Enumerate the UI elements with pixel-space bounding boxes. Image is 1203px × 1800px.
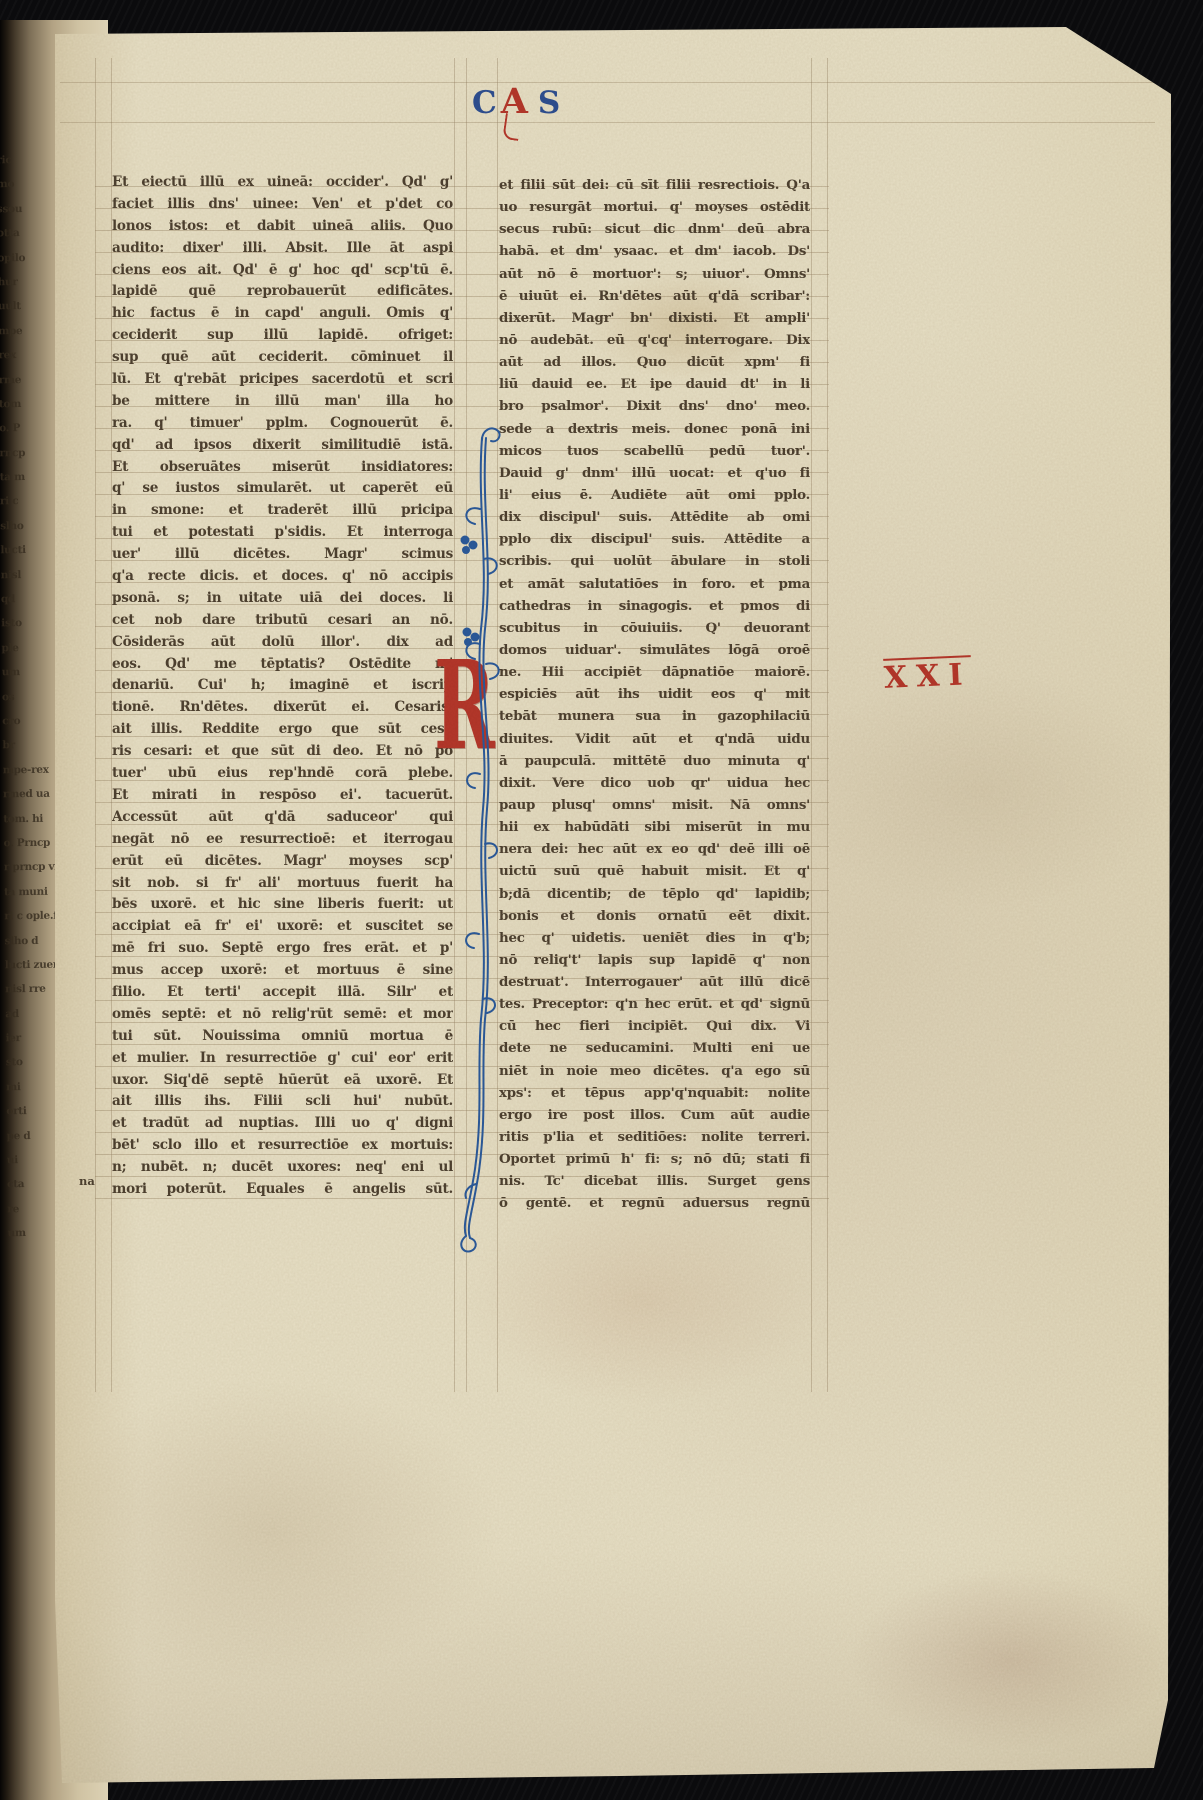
text-line: omēs septē: et nō relig'rūt semē: et mor [112, 1004, 453, 1026]
text-line: ne. Hii accipiēt dāpnatiōe maiorē. [499, 661, 810, 683]
edge-text-fragment: br [2, 733, 54, 758]
text-column-right: et filii sūt dei: cū sīt filii resrectio… [499, 174, 810, 1215]
edge-text-fragment: sto [6, 1050, 58, 1075]
text-line: dixerūt. Magr' bn' dixisti. Et ampli' [499, 307, 810, 329]
text-line: ceciderit sup illū lapidē. ofriget: [112, 325, 453, 347]
text-line: mori poterūt. Equales ē angelis sūt. [112, 1179, 453, 1201]
edge-text-fragment: slho d [4, 928, 56, 953]
text-line: faciet illis dns' uinee: Ven' et p'det c… [112, 194, 453, 216]
edge-text-fragment: mo [0, 172, 49, 197]
edge-text-fragment: um [2, 660, 54, 685]
running-title: CAS [472, 84, 560, 130]
ruling-vertical-line [827, 58, 828, 1392]
text-line: ē uiuūt ei. Rn'dētes aūt q'dā scribar': [499, 285, 810, 307]
text-line: et filii sūt dei: cū sīt filii resrectio… [499, 174, 810, 196]
edge-text-fragment: ri c ople.fi [4, 904, 56, 929]
edge-text-fragment: re [7, 1196, 59, 1221]
text-line: bēs uxorē. et hic sine liberis fuerit: u… [112, 894, 453, 916]
text-line: ris cesari: et que sūt di deo. Et nō po [112, 741, 453, 763]
text-line: nō audebāt. eū q'cq' interrogare. Dix [499, 329, 810, 351]
text-line: sup quē aūt ceciderit. cōminuet il [112, 347, 453, 369]
text-line: eos. Qd' me tēptatis? Ostēdite m' [112, 654, 453, 676]
edge-text-fragment: rme [0, 367, 51, 392]
text-line: ā paupculā. mittētē duo minuta q' [499, 750, 810, 772]
edge-text-fragment: nisl rre [5, 977, 57, 1002]
edge-text-fragment: cta [7, 1172, 59, 1197]
ruling-vertical-line [811, 58, 812, 1392]
text-line: niēt in noie meo dicētes. q'a ego sū [499, 1060, 810, 1082]
chapter-numeral-marginal: XXI [883, 658, 972, 696]
text-line: espiciēs aūt ihs uidit eos q' mit [499, 683, 810, 705]
ruling-header-line [60, 122, 1155, 123]
edge-text-fragment: qd [1, 587, 53, 612]
text-line: scribis. qui uolūt ābulare in stoli [499, 550, 810, 572]
text-line: b;dā dicentib; de tēplo qd' lapidib; [499, 883, 810, 905]
ruling-vertical-line [497, 58, 498, 1392]
edge-text-fragment: o. P [0, 416, 51, 441]
chapter-initial-R: R [434, 658, 495, 752]
text-line: cū hec fieri incipiēt. Qui dix. Vi [499, 1015, 810, 1037]
text-line: bro psalmor'. Dixit dns' dno' meo. [499, 395, 810, 417]
running-title-letter-blue: S [538, 85, 560, 121]
text-line: cathedras in sinagogis. et pmos di [499, 595, 810, 617]
text-line: hii ex habūdāti sibi miserūt in mu [499, 816, 810, 838]
ruling-vertical-line [95, 58, 96, 1392]
text-line: mus accep uxorē: et mortuus ē sine [112, 960, 453, 982]
text-line: li' eius ē. Audiēte aūt omi pplo. [499, 484, 810, 506]
text-line: pplo dix discipul' suis. Attēdite a [499, 528, 810, 550]
edge-text-fragment: ad [5, 1001, 57, 1026]
text-line: tui et potestati p'sidis. Et interroga [112, 522, 453, 544]
text-line: uxor. Siq'dē septē hūerūt eā uxorē. Et [112, 1070, 453, 1092]
text-line: dete ne seducamini. Multi eni ue [499, 1037, 810, 1059]
text-line: destruat'. Interrogauer' aūt illū dicē [499, 971, 810, 993]
edge-text-fragment: tom. hi [3, 806, 55, 831]
text-line: domos uiduar'. simulātes lōgā oroē [499, 639, 810, 661]
text-line: n; nubēt. n; ducēt uxores: neq' eni ul [112, 1157, 453, 1179]
text-line: Et eiectū illū ex uineā: occider'. Qd' g… [112, 172, 453, 194]
edge-text-fragment: rmed ua [3, 782, 55, 807]
text-line: ō gentē. et regnū aduersus regnū [499, 1192, 810, 1214]
text-line: mē fri suo. Septē ergo fres erāt. et p' [112, 938, 453, 960]
edge-text-fragment: isto [1, 611, 53, 636]
text-line: accipiat eā fr' ei' uxorē: et suscitet s… [112, 916, 453, 938]
text-line: nis. Tc' dicebat illis. Surget gens [499, 1170, 810, 1192]
text-line: lapidē quē reprobauerūt edificātes. [112, 281, 453, 303]
edge-text-fragment: ssou [0, 197, 49, 222]
text-line: habā. et dm' ysaac. et dm' iacob. Ds' [499, 240, 810, 262]
text-line: cet nob dare tributū cesari an nō. [112, 610, 453, 632]
text-line: uictū suū quē habuit misit. Et q' [499, 860, 810, 882]
edge-text-fragment: ta muni [4, 879, 56, 904]
text-line: xps': et tēpus app'q'nquabit: nolite [499, 1082, 810, 1104]
text-line: et tradūt ad nuptias. Illi uo q' digni [112, 1113, 453, 1135]
edge-text-fragment: lucti [0, 538, 52, 563]
text-line: diuites. Vidit aūt et q'ndā uidu [499, 728, 810, 750]
text-line: in smone: et traderēt illū pricipa [112, 500, 453, 522]
text-line: tes. Preceptor: q'n hec erūt. et qd' sig… [499, 993, 810, 1015]
text-line: dixit. Vere dico uob qr' uidua hec [499, 772, 810, 794]
edge-text-fragment: rncp [0, 440, 52, 465]
text-line: audito: dixer' illi. Absit. Ille āt aspi [112, 238, 453, 260]
edge-text-fragment: orti [6, 1099, 58, 1124]
edge-text-fragment: pe d [6, 1123, 58, 1148]
text-line: ait illis ihs. Filii scli hui' nubūt. [112, 1091, 453, 1113]
text-line: filio. Et terti' accepit illā. Silr' et [112, 982, 453, 1004]
edge-text-fragment: ric [0, 148, 49, 173]
text-line: tuer' ubū eius rep'hndē corā plebe. [112, 763, 453, 785]
text-line: tui sūt. Nouissima omniū mortua ē [112, 1026, 453, 1048]
edge-text-fragment: ui [7, 1148, 59, 1173]
edge-text-fragment: lucti zuera [5, 953, 57, 978]
text-line: Et obseruātes miserūt insidiatores: [112, 457, 453, 479]
text-line: secus rubū: sicut dic dnm' deū abra [499, 218, 810, 240]
edge-text-fragment: r prncp vi [4, 855, 56, 880]
text-line: liū dauid ee. Et ipe dauid dt' in li [499, 373, 810, 395]
edge-text-fragment: hur [0, 270, 50, 295]
text-line: erūt eū dicētes. Magr' moyses scp' [112, 851, 453, 873]
edge-text-fragment: os [2, 684, 54, 709]
edge-text-fragments: ricmossouottaopilohuruultmperexrmetomo. … [0, 148, 60, 1246]
text-line: scubitus in cōuiuiis. Q' deuorant [499, 617, 810, 639]
edge-text-fragment: slho [0, 514, 52, 539]
text-line: negāt nō ee resurrectioē: et iterrogau [112, 829, 453, 851]
text-line: Cōsiderās aūt dolū illor'. dix ad [112, 632, 453, 654]
text-line: sit nob. si fr' ali' mortuus fuerit ha [112, 873, 453, 895]
text-line: be mittere in illū man' illa ho [112, 391, 453, 413]
running-title-letter-blue: C [471, 85, 497, 122]
text-line: ait illis. Reddite ergo que sūt cesa [112, 719, 453, 741]
text-line: q' se iustos simularēt. ut caperēt eū [112, 478, 453, 500]
text-line: ritis p'lia et seditiōes: nolite terreri… [499, 1126, 810, 1148]
text-line: bonis et donis ornatū eēt dixit. [499, 905, 810, 927]
text-line: et mulier. In resurrectiōe g' cui' eor' … [112, 1048, 453, 1070]
edge-text-fragment: otta [0, 221, 49, 246]
text-line: bēt' sclo illo et resurrectiōe ex mortui… [112, 1135, 453, 1157]
text-line: tebāt munera sua in gazophilaciū [499, 705, 810, 727]
text-line: psonā. s; in uitate uiā dei doces. li [112, 588, 453, 610]
text-line: Dauid g' dnm' illū uocat: et q'uo fi [499, 462, 810, 484]
text-line: lonos istos: et dabit uineā aliis. Quo [112, 216, 453, 238]
edge-text-fragment: mpe [0, 318, 50, 343]
edge-text-fragment: ier [5, 1026, 57, 1051]
edge-text-fragment: um [7, 1221, 59, 1246]
edge-text-fragment: ri c [0, 489, 52, 514]
text-line: ergo ire post illos. Cum aūt audie [499, 1104, 810, 1126]
text-line: uer' illū dicētes. Magr' scimus [112, 544, 453, 566]
text-line: ra. q' timuer' pplm. Cognouerūt ē. [112, 413, 453, 435]
edge-text-fragment: o. Prncp [3, 831, 55, 856]
text-line: micos tuos scabellū pedū tuor'. [499, 440, 810, 462]
text-line: lū. Et q'rebāt pricipes sacerdotū et scr… [112, 369, 453, 391]
edge-text-fragment: cro [2, 709, 54, 734]
text-line: tionē. Rn'dētes. dixerūt ei. Cesaris. [112, 697, 453, 719]
parchment-page: CAS 87 Et eiectū illū ex uineā: occider'… [0, 0, 1203, 1800]
text-column-left: Et eiectū illū ex uineā: occider'. Qd' g… [112, 172, 453, 1201]
edge-text-fragment: nisl [1, 562, 53, 587]
edge-text-fragment: ple [1, 636, 53, 661]
text-line: Accessūt aūt q'dā saduceor' qui [112, 807, 453, 829]
text-line: sede a dextris meis. donec ponā ini [499, 418, 810, 440]
marginal-correction-note: na [79, 1174, 95, 1188]
text-line: et amāt salutatiōes in foro. et pma [499, 573, 810, 595]
edge-text-fragment: uult [0, 294, 50, 319]
edge-text-fragment: opilo [0, 245, 50, 270]
text-line: aūt ad illos. Quo dicūt xpm' fi [499, 351, 810, 373]
running-title-red-tail [502, 113, 521, 141]
edge-text-fragment: ta m [0, 465, 52, 490]
ruling-header-line [60, 82, 1155, 83]
text-line: Et mirati in respōso ei'. tacuerūt. [112, 785, 453, 807]
text-line: uo resurgāt mortui. q' moyses ostēdit [499, 196, 810, 218]
edge-text-fragment: mi [6, 1075, 58, 1100]
text-line: denariū. Cui' h; imaginē et iscrip [112, 675, 453, 697]
text-line: hec q' uidetis. ueniēt dies in q'b; [499, 927, 810, 949]
edge-text-fragment: tom [0, 392, 51, 417]
text-line: nera dei: hec aūt ex eo qd' deē illi oē [499, 838, 810, 860]
text-line: q'a recte dicis. et doces. q' nō accipis [112, 566, 453, 588]
text-line: dix discipul' suis. Attēdite ab omi [499, 506, 810, 528]
text-line: ciens eos ait. Qd' ē g' hoc qd' scp'tū ē… [112, 260, 453, 282]
text-line: qd' ad ipsos dixerit similitudiē istā. [112, 435, 453, 457]
text-line: paup plusq' omns' misit. Nā omns' [499, 794, 810, 816]
text-line: Oportet primū h' fi: s; nō dū; stati fi [499, 1148, 810, 1170]
edge-text-fragment: mpe-rex [3, 757, 55, 782]
text-line: nō reliq't' lapis sup lapidē q' non [499, 949, 810, 971]
edge-text-fragment: rex [0, 343, 51, 368]
text-line: aūt nō ē mortuor': s; uiuor'. Omns' [499, 263, 810, 285]
text-line: hic factus ē in capd' anguli. Omis q' [112, 303, 453, 325]
